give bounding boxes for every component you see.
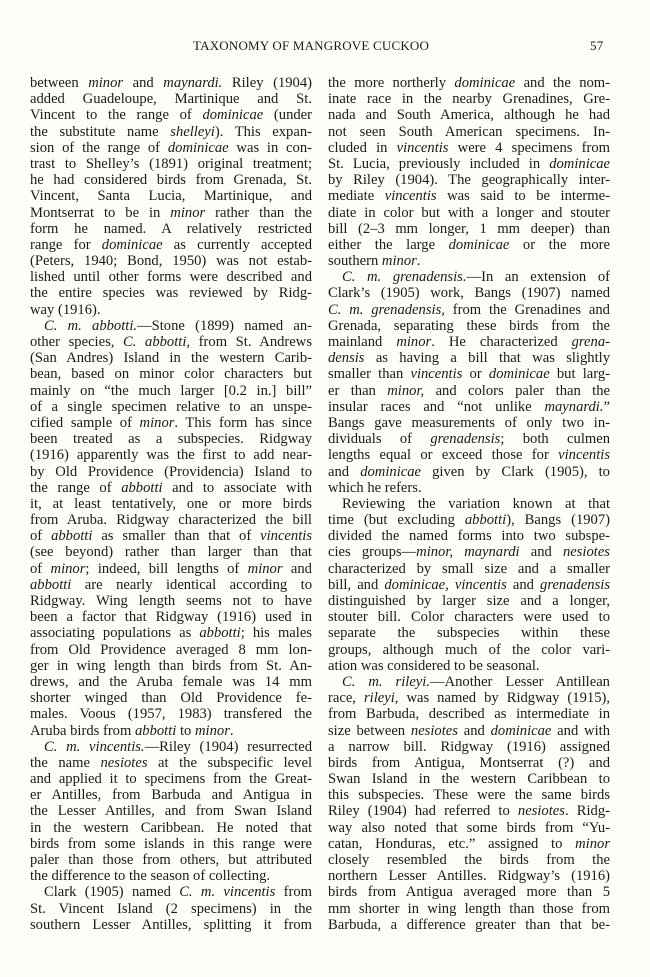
text-line: southern minor. bbox=[328, 253, 610, 269]
text-line: by Old Providence (Providencia) Island t… bbox=[30, 464, 312, 480]
text-line: nada and South America, although he had bbox=[328, 107, 610, 123]
text-line: the difference to the season of collecti… bbox=[30, 868, 312, 884]
text-line: which he refers. bbox=[328, 480, 610, 496]
text-line: ger in wing length than birds from St. A… bbox=[30, 658, 312, 674]
text-line: bean, based on minor color characters bu… bbox=[30, 366, 312, 382]
text-line: associating populations as abbotti; his … bbox=[30, 625, 312, 641]
text-line: Reviewing the variation known at that bbox=[328, 496, 610, 512]
text-line: dividuals of grenadensis; both culmen bbox=[328, 431, 610, 447]
text-line: lished until other forms were described … bbox=[30, 269, 312, 285]
text-line: Grenada, separating these birds from the bbox=[328, 318, 610, 334]
text-line: race, rileyi, was named by Ridgway (1915… bbox=[328, 690, 610, 706]
text-line: paler than those from others, but attrib… bbox=[30, 852, 312, 868]
text-line: mm shorter in wing length than those fro… bbox=[328, 901, 610, 917]
text-line: it, at least tentatively, one or more bi… bbox=[30, 496, 312, 512]
text-line: the substitute name shelleyi). This expa… bbox=[30, 124, 312, 140]
text-line: Vincent to the range of dominicae (under bbox=[30, 107, 312, 123]
text-line: by Riley (1904). The geographically inte… bbox=[328, 172, 610, 188]
text-line: er than minor, and colors paler than the bbox=[328, 383, 610, 399]
text-line: C. m. rileyi.—Another Lesser Antillean bbox=[328, 674, 610, 690]
text-line: catan, Honduras, etc.” assigned to minor bbox=[328, 836, 610, 852]
text-line: cluded in vincentis were 4 specimens fro… bbox=[328, 140, 610, 156]
text-line: smaller than vincentis or dominicae but … bbox=[328, 366, 610, 382]
text-line: Ridgway. Wing length seems not to have bbox=[30, 593, 312, 609]
text-line: drews, and the Aruba female was 14 mm bbox=[30, 674, 312, 690]
text-line: St. Vincent Island (2 specimens) in the bbox=[30, 901, 312, 917]
text-line: between minor and maynardi. Riley (1904) bbox=[30, 75, 312, 91]
text-line: way (1916). bbox=[30, 302, 312, 318]
text-line: size between nesiotes and dominicae and … bbox=[328, 723, 610, 739]
text-line: sion of the range of dominicae was in co… bbox=[30, 140, 312, 156]
text-line: of abbotti as smaller than that of vince… bbox=[30, 528, 312, 544]
text-line: the entire species was reviewed by Ridg- bbox=[30, 285, 312, 301]
text-line: Vincent, Santa Lucia, Martinique, and bbox=[30, 188, 312, 204]
text-line: from Old Providence averaged 8 mm lon- bbox=[30, 642, 312, 658]
text-line: diate in color but with a longer and sto… bbox=[328, 205, 610, 221]
text-line: a narrow bill. Ridgway (1916) assigned bbox=[328, 739, 610, 755]
text-line: closely resembled the birds from the bbox=[328, 852, 610, 868]
text-line: been treated as a subspecies. Ridgway bbox=[30, 431, 312, 447]
text-line: (San Andres) Island in the western Carib… bbox=[30, 350, 312, 366]
left-text-column: between minor and maynardi. Riley (1904)… bbox=[30, 75, 312, 933]
text-line: (Peters, 1940; Bond, 1950) was not estab… bbox=[30, 253, 312, 269]
text-line: shorter winged than Old Providence fe- bbox=[30, 690, 312, 706]
text-line: divided the named forms into two subspe- bbox=[328, 528, 610, 544]
text-line: Clark (1905) named C. m. vincentis from bbox=[30, 884, 312, 900]
text-line: from Barbuda, described as intermediate … bbox=[328, 706, 610, 722]
text-line: birds from Antigua averaged more than 5 bbox=[328, 884, 610, 900]
text-line: the Lesser Antilles, and from Swan Islan… bbox=[30, 803, 312, 819]
text-line: cified sample of minor. This form has si… bbox=[30, 415, 312, 431]
text-line: C. m. abbotti.—Stone (1899) named an- bbox=[30, 318, 312, 334]
text-line: mainly on “the much larger [0.2 in.] bil… bbox=[30, 383, 312, 399]
running-title: TAXONOMY OF MANGROVE CUCKOO bbox=[193, 38, 429, 54]
text-line: birds from Antigua, Montserrat (?) and bbox=[328, 755, 610, 771]
text-line: mainland minor. He characterized grena- bbox=[328, 334, 610, 350]
text-line: Montserrat to be in minor rather than th… bbox=[30, 205, 312, 221]
page-number: 57 bbox=[590, 38, 603, 54]
text-line: densis as having a bill that was slightl… bbox=[328, 350, 610, 366]
text-line: C. m. grenadensis.—In an extension of bbox=[328, 269, 610, 285]
text-line: time (but excluding abbotti), Bangs (190… bbox=[328, 512, 610, 528]
text-line: in the western Caribbean. He noted that bbox=[30, 820, 312, 836]
text-line: Riley (1904) had referred to nesiotes. R… bbox=[328, 803, 610, 819]
right-text-column: the more northerly dominicae and the nom… bbox=[328, 75, 610, 933]
text-line: distinguished by larger size and a longe… bbox=[328, 593, 610, 609]
text-line: C. m. vincentis.—Riley (1904) resurrecte… bbox=[30, 739, 312, 755]
text-line: been a factor that Ridgway (1916) used i… bbox=[30, 609, 312, 625]
text-line: from Aruba. Ridgway characterized the bi… bbox=[30, 512, 312, 528]
text-line: Aruba birds from abbotti to minor. bbox=[30, 723, 312, 739]
text-line: ation was considered to be seasonal. bbox=[328, 658, 610, 674]
text-line: characterized by small size and a smalle… bbox=[328, 561, 610, 577]
text-line: of a single specimen relative to an unsp… bbox=[30, 399, 312, 415]
text-line: er Antilles, from Barbuda and Antigua in bbox=[30, 787, 312, 803]
text-line: Swan Island in the western Caribbean to bbox=[328, 771, 610, 787]
text-line: males. Voous (1957, 1983) transfered the bbox=[30, 706, 312, 722]
text-line: the range of abbotti and to associate wi… bbox=[30, 480, 312, 496]
text-line: groups, although much of the color vari- bbox=[328, 642, 610, 658]
text-line: Barbuda, a difference greater than that … bbox=[328, 917, 610, 933]
text-line: insular races and “not unlike maynardi.” bbox=[328, 399, 610, 415]
text-line: bill (2–3 mm longer, 1 mm deeper) than bbox=[328, 221, 610, 237]
text-line: abbotti are nearly identical according t… bbox=[30, 577, 312, 593]
text-line: lengths equal or exceed those for vincen… bbox=[328, 447, 610, 463]
text-line: range for dominicae as currently accepte… bbox=[30, 237, 312, 253]
text-line: northern Lesser Antilles. Ridgway’s (191… bbox=[328, 868, 610, 884]
text-line: the more northerly dominicae and the nom… bbox=[328, 75, 610, 91]
text-line: C. m. grenadensis, from the Grenadines a… bbox=[328, 302, 610, 318]
text-line: birds from some islands in this range we… bbox=[30, 836, 312, 852]
text-line: and applied it to specimens from the Gre… bbox=[30, 771, 312, 787]
text-line: mediate vincentis was said to be interme… bbox=[328, 188, 610, 204]
text-line: cies groups—minor, maynardi and nesiotes bbox=[328, 544, 610, 560]
text-line: stouter bill. Color characters were used… bbox=[328, 609, 610, 625]
text-line: he had considered birds from Grenada, St… bbox=[30, 172, 312, 188]
text-line: (see beyond) rather than larger than tha… bbox=[30, 544, 312, 560]
text-line: bill, and dominicae, vincentis and grena… bbox=[328, 577, 610, 593]
text-line: not seen South American specimens. In- bbox=[328, 124, 610, 140]
text-line: Clark’s (1905) work, Bangs (1907) named bbox=[328, 285, 610, 301]
text-line: trast to Shelley’s (1891) original treat… bbox=[30, 156, 312, 172]
text-line: either the large dominicae or the more bbox=[328, 237, 610, 253]
text-line: the name nesiotes at the subspecific lev… bbox=[30, 755, 312, 771]
text-line: Bangs gave measurements of only two in- bbox=[328, 415, 610, 431]
text-line: other species, C. abbotti, from St. Andr… bbox=[30, 334, 312, 350]
text-line: (1916) apparently was the first to add n… bbox=[30, 447, 312, 463]
text-line: separate the subspecies within these bbox=[328, 625, 610, 641]
text-line: way also noted that some birds from “Yu- bbox=[328, 820, 610, 836]
text-line: inate race in the nearby Grenadines, Gre… bbox=[328, 91, 610, 107]
text-line: form he named. A relatively restricted bbox=[30, 221, 312, 237]
text-line: and dominicae given by Clark (1905), to bbox=[328, 464, 610, 480]
text-line: southern Lesser Antilles, splitting it f… bbox=[30, 917, 312, 933]
text-line: added Guadeloupe, Martinique and St. bbox=[30, 91, 312, 107]
text-line: St. Lucia, previously included in domini… bbox=[328, 156, 610, 172]
text-line: of minor; indeed, bill lengths of minor … bbox=[30, 561, 312, 577]
text-line: this subspecies. These were the same bir… bbox=[328, 787, 610, 803]
